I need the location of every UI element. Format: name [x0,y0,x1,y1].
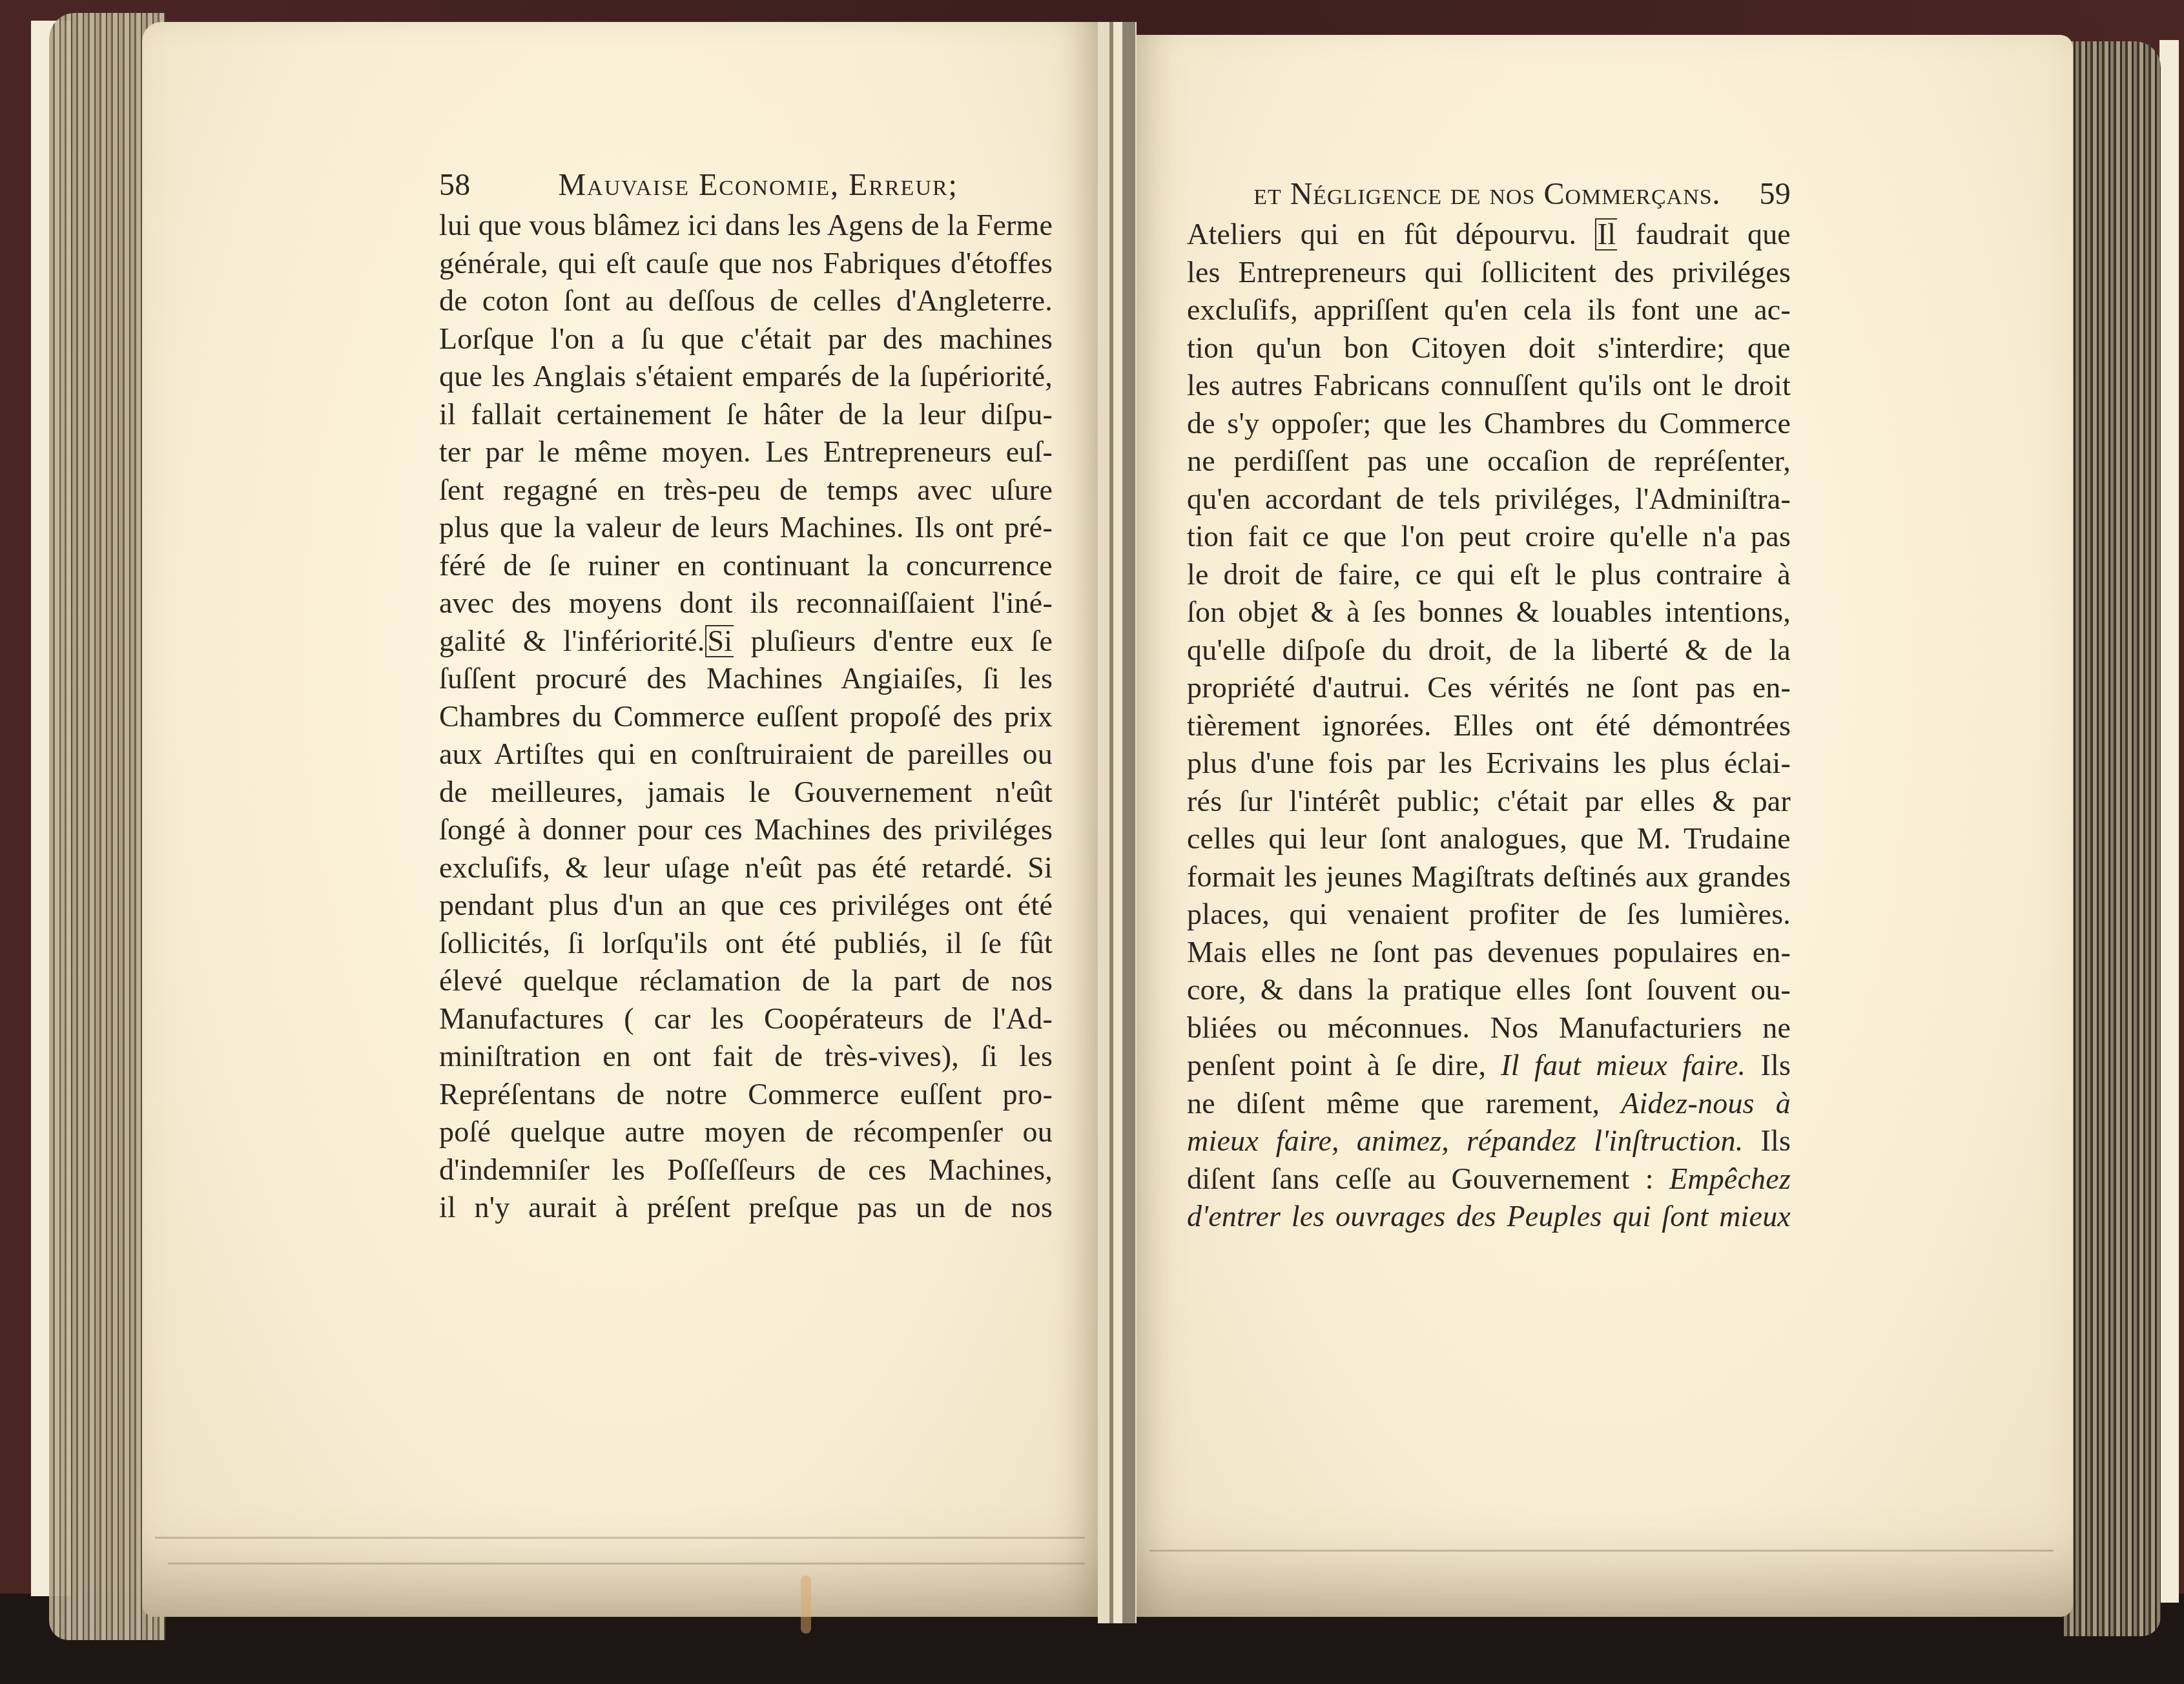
text-line: qu'elle diſpoſe du droit, de la liberté … [1187,631,1791,670]
running-head-title: Mauvaise Economie, Erreur; [470,167,1053,205]
text-segment: galité & l'infériorité. [439,624,705,657]
text-line: plus d'une fois par les Ecrivains les pl… [1187,744,1791,783]
text-line: excluſifs, appriſſent qu'en cela ils fon… [1187,291,1791,329]
text-line: Manufactures ( car les Coopérateurs de l… [439,1000,1053,1038]
flyleaf-right [2159,40,2179,1603]
text-line: aux Artiſtes qui en conſtruiraient de pa… [439,735,1053,774]
text-line: rés ſur l'intérêt public; c'était par el… [1187,783,1791,821]
text-line: plus que la valeur de leurs Machines. Il… [439,509,1053,547]
text-line: Mais elles ne ſont pas devenues populair… [1187,934,1791,972]
text-line: ſent regagné en très-peu de temps avec u… [439,471,1053,509]
text-line: il n'y aurait à préſent preſque pas un d… [439,1189,1053,1227]
left-running-head: 58 Mauvaise Economie, Erreur; [439,167,1053,207]
text-line: générale, qui eſt cauſe que nos Fabrique… [439,245,1053,283]
text-line: les autres Fabricans connuſſent qu'ils o… [1187,367,1791,405]
text-line: d'entrer les ouvrages des Peuples qui ſo… [1187,1198,1791,1236]
text-line: core, & dans la pratique elles ſont ſouv… [1187,971,1791,1009]
text-line: bliées ou méconnues. Nos Manufacturiers … [1187,1009,1791,1047]
text-line: ne diſent même que rarement, Aidez-nous … [1187,1085,1791,1123]
paragraph-mark-bracket: Si [705,625,734,657]
text-line: mieux faire, animez, répandez l'inſtruct… [1187,1122,1791,1160]
text-segment: penſent point à ſe dire, [1187,1049,1501,1082]
text-line: Repréſentans de notre Commerce euſſent p… [439,1076,1053,1114]
text-line: tion qu'un bon Citoyen doit s'interdire;… [1187,329,1791,367]
running-head-title: et Négligence de nos Commerçans. [1187,176,1760,214]
text-line: ſon objet & à ſes bonnes & louables inte… [1187,593,1791,631]
text-line: de coton ſont au deſſous de celles d'Ang… [439,282,1053,320]
text-line: il fallait certainement ſe hâter de la l… [439,396,1053,434]
text-line: avec des moyens dont ils reconnaiſſaient… [439,584,1053,622]
text-line: les Entrepreneurs qui ſollicitent des pr… [1187,254,1791,292]
text-line: Ateliers qui en fût dépourvu. Il faudrai… [1187,216,1791,254]
text-line: de meilleures, jamais le Gouvernement n'… [439,774,1053,812]
text-line: propriété d'autrui. Ces vérités ne ſont … [1187,669,1791,707]
text-line: tièrement ignorées. Elles ont été démont… [1187,707,1791,745]
text-line: lui que vous blâmez ici dans les Agens d… [439,207,1053,245]
italic-phrase: Aidez-nous à [1621,1087,1791,1120]
italic-phrase: mieux faire, animez, répandez l'inſtruct… [1187,1124,1743,1157]
italic-phrase: Il faut mieux faire. [1501,1049,1746,1082]
foxing-stain [801,1576,811,1634]
text-line: le droit de faire, ce qui eſt le plus co… [1187,556,1791,594]
text-segment: Ils [1743,1124,1791,1157]
text-line: de s'y oppoſer; que les Chambres du Comm… [1187,405,1791,443]
text-line: ſollicités, ſi lorſqu'ils ont été publié… [439,925,1053,963]
text-line: féré de ſe ruiner en continuant la concu… [439,547,1053,585]
text-line: celles qui leur ſont analogues, que M. T… [1187,820,1791,858]
book-gutter [1098,22,1137,1623]
text-line: diſent ſans ceſſe au Gouvernement : Empê… [1187,1160,1791,1198]
text-line: d'indemniſer les Poſſeſſeurs de ces Mach… [439,1151,1053,1189]
text-segment: faudrait que [1617,218,1791,251]
water-stain-line [155,1537,1085,1539]
text-line: tion fait ce que l'on peut croire qu'ell… [1187,518,1791,556]
text-line: que les Anglais s'étaient emparés de la … [439,358,1053,396]
right-page-text: et Négligence de nos Commerçans. 59 Atel… [1187,176,1791,1236]
paragraph-mark-bracket: Il [1595,218,1618,251]
text-line: formait les jeunes Magiſtrats deſtinés a… [1187,858,1791,896]
text-line: penſent point à ſe dire, Il faut mieux f… [1187,1047,1791,1085]
text-line: pendant plus d'un an que ces priviléges … [439,887,1053,925]
left-page-text: 58 Mauvaise Economie, Erreur; lui que vo… [439,167,1053,1227]
text-segment: pluſieurs d'entre eux ſe [734,624,1053,657]
italic-phrase: Empêchez [1669,1162,1791,1195]
text-line: ne perdiſſent pas une occaſion de repréſ… [1187,442,1791,480]
text-line: Chambres du Commerce euſſent propoſé des… [439,698,1053,736]
text-segment: Ils [1746,1049,1791,1082]
text-line: galité & l'infériorité.Si pluſieurs d'en… [439,622,1053,661]
text-line: miniſtration en ont fait de très-vives),… [439,1038,1053,1076]
water-stain-line [168,1563,1085,1565]
text-line: places, qui venaient profiter de ſes lum… [1187,896,1791,934]
text-segment: diſent ſans ceſſe au Gouvernement : [1187,1162,1669,1195]
text-line: poſé quelque autre moyen de récompenſer … [439,1113,1053,1151]
text-segment: Ateliers qui en fût dépourvu. [1187,218,1595,251]
text-line: ſongé à donner pour ces Machines des pri… [439,811,1053,849]
page-number: 59 [1760,176,1791,214]
text-segment: ne diſent même que rarement, [1187,1087,1621,1120]
page-edges-right [2064,41,2161,1636]
water-stain-line [1149,1550,2054,1552]
right-running-head: et Négligence de nos Commerçans. 59 [1187,176,1791,216]
text-line: ter par le même moyen. Les Entrepreneurs… [439,433,1053,471]
page-number: 58 [439,167,470,205]
text-line: élevé quelque réclamation de la part de … [439,962,1053,1000]
text-line: qu'en accordant de tels priviléges, l'Ad… [1187,480,1791,519]
text-line: Lorſque l'on a ſu que c'était par des ma… [439,320,1053,358]
text-line: ſuſſent procuré des Machines Angiaiſes, … [439,660,1053,698]
text-line: excluſifs, & leur uſage n'eût pas été re… [439,849,1053,887]
